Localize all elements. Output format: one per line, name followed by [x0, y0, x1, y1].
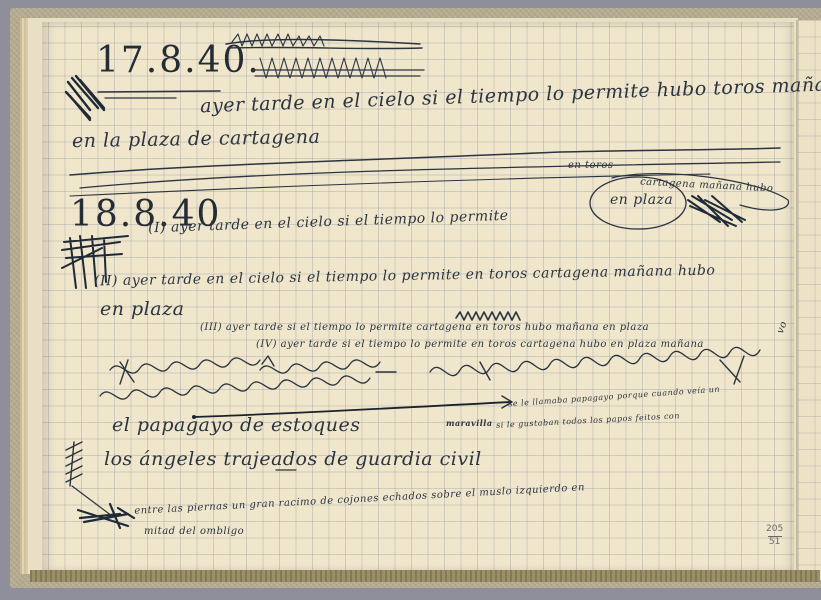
version-2-continuation: en plaza [100, 298, 184, 320]
entry-2-insert-en-toros: en toros [568, 160, 614, 171]
line-maravilla: maravilla [446, 418, 493, 428]
line-papagayo: el papagayo de estoques [112, 414, 360, 436]
facing-page-edge [796, 20, 821, 580]
line-angeles: los ángeles trajeados de guardia civil [104, 448, 482, 470]
version-4-line: (IV) ayer tarde si el tiempo lo permite … [256, 339, 704, 350]
entry-2-line-en-plaza: en plaza [610, 192, 673, 208]
line-mitad-del-ombligo: mitad del ombligo [144, 526, 244, 537]
page-number: 205 51 [766, 525, 783, 548]
page-number-bottom: 51 [769, 537, 780, 547]
page-number-top: 205 [766, 524, 783, 534]
entry-date-1: 17.8.40. [96, 40, 261, 81]
entry-1-line-2: en la plaza de cartagena [72, 126, 321, 152]
version-3-line: (III) ayer tarde si el tiempo lo permite… [200, 322, 649, 333]
page-bottom-edge [30, 570, 820, 582]
